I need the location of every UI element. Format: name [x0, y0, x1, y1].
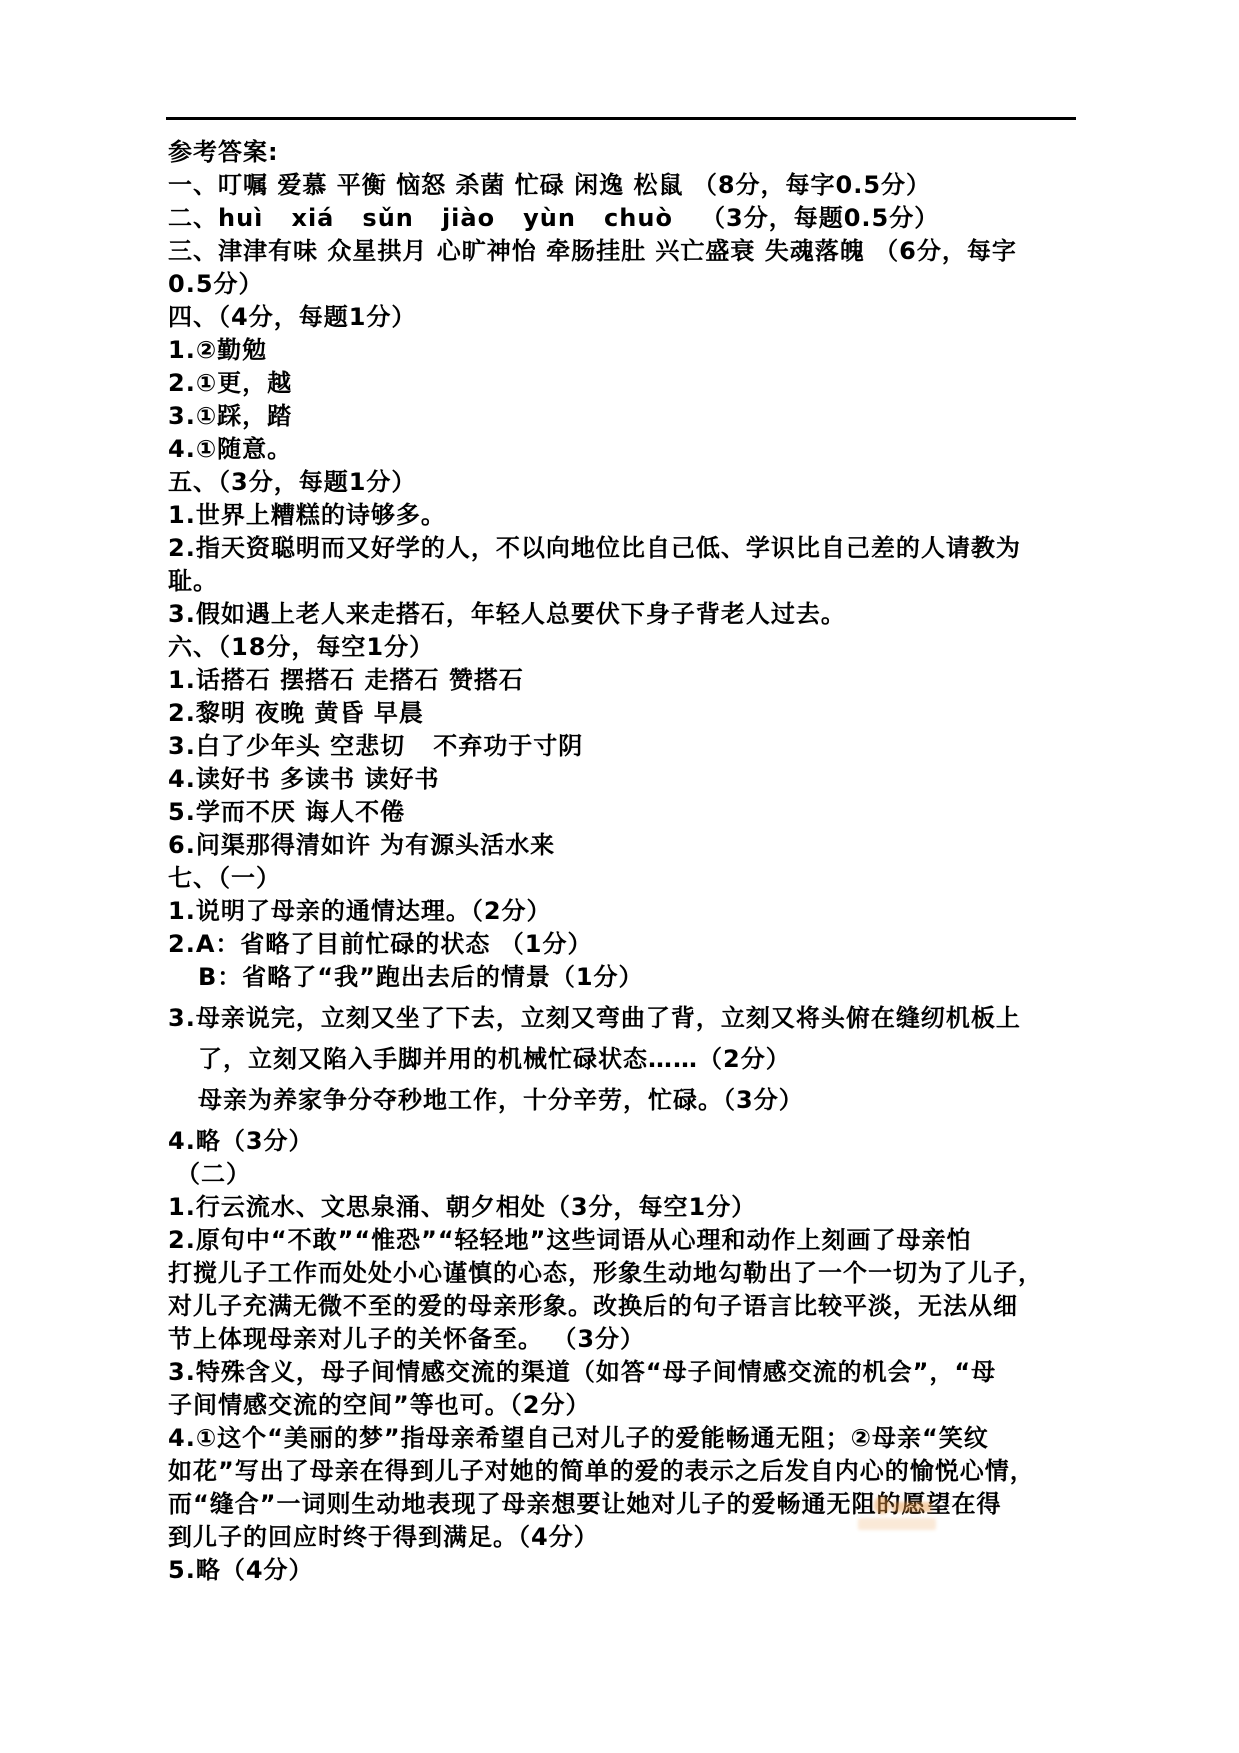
top-divider-rule: [166, 117, 1076, 120]
text-line: 五、（3分，每题1分）: [168, 466, 1083, 499]
text-line: 一、叮嘱 爱慕 平衡 恼怒 杀菌 忙碌 闲逸 松鼠 （8分，每字0.5分）: [168, 169, 1083, 202]
answer-document: 参考答案: 一、叮嘱 爱慕 平衡 恼怒 杀菌 忙碌 闲逸 松鼠 （8分，每字0.…: [168, 136, 1083, 1587]
text-line: 耻。: [168, 565, 1083, 598]
text-line: 2.A：省略了目前忙碌的状态 （1分）: [168, 928, 1083, 961]
text-line: 3.母亲说完，立刻又坐了下去，立刻又弯曲了背，立刻又将头俯在缝纫机板上: [168, 1002, 1083, 1035]
text-line: 3.假如遇上老人来走搭石，年轻人总要伏下身子背老人过去。: [168, 598, 1083, 631]
text-line: B：省略了“我”跑出去后的情景（1分）: [168, 961, 1083, 994]
text-line: 1.世界上糟糕的诗够多。: [168, 499, 1083, 532]
page: 参考答案: 一、叮嘱 爱慕 平衡 恼怒 杀菌 忙碌 闲逸 松鼠 （8分，每字0.…: [0, 0, 1239, 1753]
text-line: 3.白了少年头 空悲切 不弃功于寸阴: [168, 730, 1083, 763]
text-line: 子间情感交流的空间”等也可。（2分）: [168, 1389, 1083, 1422]
text-line: 二、huì xiá sǔn jiào yùn chuò （3分，每题0.5分）: [168, 202, 1083, 235]
text-line: 2.黎明 夜晚 黄昏 早晨: [168, 697, 1083, 730]
text-line: 母亲为养家争分夺秒地工作，十分辛劳，忙碌。（3分）: [168, 1084, 1083, 1117]
text-line: 四、（4分，每题1分）: [168, 301, 1083, 334]
text-line: 对儿子充满无微不至的爱的母亲形象。改换后的句子语言比较平淡，无法从细: [168, 1290, 1083, 1323]
text-line: 2.原句中“不敢”“惟恐”“轻轻地”这些词语从心理和动作上刻画了母亲怕: [168, 1224, 1083, 1257]
text-line: 6.问渠那得清如许 为有源头活水来: [168, 829, 1083, 862]
text-line: 4.读好书 多读书 读好书: [168, 763, 1083, 796]
text-line: 2.指天资聪明而又好学的人，不以向地位比自己低、学识比自己差的人请教为: [168, 532, 1083, 565]
text-line: 了，立刻又陷入手脚并用的机械忙碌状态……（2分）: [168, 1043, 1083, 1076]
text-line: 节上体现母亲对儿子的关怀备至。 （3分）: [168, 1323, 1083, 1356]
text-line: 1.说明了母亲的通情达理。（2分）: [168, 895, 1083, 928]
text-line: 4.①随意。: [168, 433, 1083, 466]
text-line: 1.行云流水、文思泉涌、朝夕相处（3分，每空1分）: [168, 1191, 1083, 1224]
text-line: 3.特殊含义，母子间情感交流的渠道（如答“母子间情感交流的机会”，“母: [168, 1356, 1083, 1389]
text-line: 而“缝合”一词则生动地表现了母亲想要让她对儿子的爱畅通无阻的愿望在得: [168, 1488, 1083, 1521]
text-line: （二）: [168, 1158, 1083, 1191]
text-line: 2.①更，越: [168, 367, 1083, 400]
page-title: 参考答案:: [168, 136, 1083, 169]
text-line: 打搅儿子工作而处处小心谨慎的心态，形象生动地勾勒出了一个一切为了儿子，: [168, 1257, 1083, 1290]
text-line: 六、（18分，每空1分）: [168, 631, 1083, 664]
text-line: 1.②勤勉: [168, 334, 1083, 367]
text-line: 七、（一）: [168, 862, 1083, 895]
text-line: 如花”写出了母亲在得到儿子对她的简单的爱的表示之后发自内心的愉悦心情，: [168, 1455, 1083, 1488]
answer-lines: 一、叮嘱 爱慕 平衡 恼怒 杀菌 忙碌 闲逸 松鼠 （8分，每字0.5分）二、h…: [168, 169, 1083, 1587]
text-line: 5.略（4分）: [168, 1554, 1083, 1587]
text-line: 到儿子的回应时终于得到满足。（4分）: [168, 1521, 1083, 1554]
text-line: 三、津津有味 众星拱月 心旷神怡 牵肠挂肚 兴亡盛衰 失魂落魄 （6分，每字: [168, 235, 1083, 268]
text-line: 3.①踩，踏: [168, 400, 1083, 433]
text-line: 1.话搭石 摆搭石 走搭石 赞搭石: [168, 664, 1083, 697]
text-line: 5.学而不厌 诲人不倦: [168, 796, 1083, 829]
text-line: 0.5分）: [168, 268, 1083, 301]
text-line: 4.①这个“美丽的梦”指母亲希望自己对儿子的爱能畅通无阻；②母亲“笑纹: [168, 1422, 1083, 1455]
text-line: 4.略（3分）: [168, 1125, 1083, 1158]
